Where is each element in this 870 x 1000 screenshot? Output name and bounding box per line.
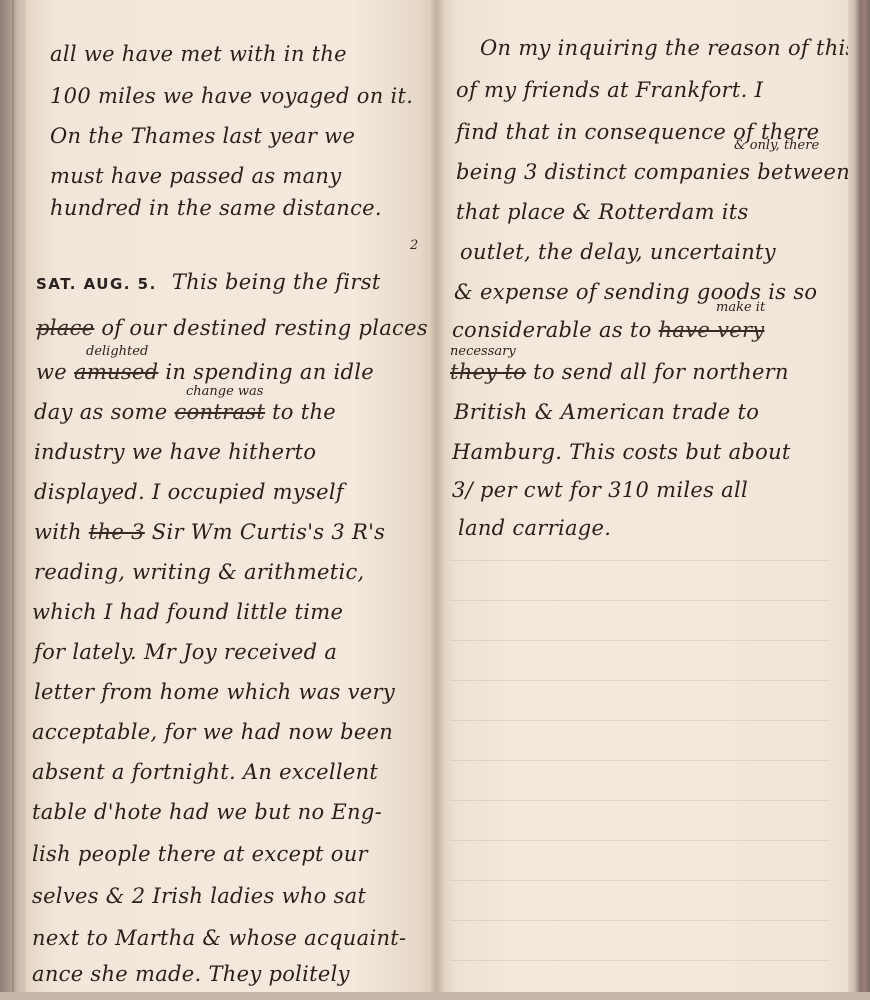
- text-line: day as some contrast to the: [34, 400, 336, 424]
- struck-word: place: [36, 316, 94, 340]
- text-line: acceptable, for we had now been: [32, 720, 393, 744]
- inserted-word: change was: [186, 384, 263, 399]
- text-line: reading, writing & arithmetic,: [34, 560, 365, 584]
- struck-word: amused: [74, 360, 158, 384]
- text-line: lish people there at except our: [32, 842, 368, 866]
- ruled-line: [450, 880, 830, 881]
- text-line: hundred in the same distance.: [50, 196, 382, 220]
- text-line: place of our destined resting places: [36, 316, 428, 340]
- text-line: that place & Rotterdam its: [456, 200, 749, 224]
- text-line: they to to send all for northern: [450, 360, 789, 384]
- ruled-line: [450, 760, 830, 761]
- entry-heading-line: SAT. AUG. 5. This being the first: [36, 270, 381, 294]
- ruled-line: [450, 800, 830, 801]
- text-line: we amused in spending an idle: [36, 360, 374, 384]
- text-line: letter from home which was very: [34, 680, 395, 704]
- inserted-word: delighted: [86, 344, 148, 359]
- text-fragment: we: [36, 360, 67, 384]
- text-line: outlet, the delay, uncertainty: [460, 240, 776, 264]
- ruled-line: [450, 920, 830, 921]
- journal-spread: all we have met with in the 100 miles we…: [0, 0, 870, 1000]
- inserted-word: necessary: [450, 344, 516, 359]
- text-line: table d'hote had we but no Eng-: [32, 800, 382, 824]
- text-line: British & American trade to: [454, 400, 759, 424]
- text-fragment: to send all for northern: [533, 360, 789, 384]
- text-line: ance she made. They politely: [32, 962, 350, 986]
- text-line: which I had found little time: [32, 600, 343, 624]
- page-mark: 2: [410, 238, 418, 253]
- text-fragment: to the: [272, 400, 336, 424]
- ruled-line: [450, 680, 830, 681]
- ruled-line: [450, 840, 830, 841]
- text-fragment: Sir Wm Curtis's 3 R's: [152, 520, 385, 544]
- text-line: 3/ per cwt for 310 miles all: [452, 478, 748, 502]
- text-line: absent a fortnight. An excellent: [32, 760, 378, 784]
- text-line: 100 miles we have voyaged on it.: [50, 84, 413, 108]
- text-fragment: considerable as to: [452, 318, 652, 342]
- text-line: On the Thames last year we: [50, 124, 355, 148]
- ruled-line: [450, 960, 830, 961]
- text-line: On my inquiring the reason of this: [480, 36, 857, 60]
- ruled-line: [450, 560, 830, 561]
- ruled-line: [450, 640, 830, 641]
- right-page: On my inquiring the reason of this of my…: [436, 0, 848, 1000]
- text-fragment: This being the first: [172, 270, 381, 294]
- book-left-edge: [0, 0, 26, 1000]
- book-right-edge: [848, 0, 870, 1000]
- text-line: considerable as to have very: [452, 318, 764, 342]
- text-line: must have passed as many: [50, 164, 341, 188]
- text-line: of my friends at Frankfort. I: [456, 78, 763, 102]
- struck-word: the 3: [89, 520, 145, 544]
- text-fragment: in spending an idle: [165, 360, 374, 384]
- struck-word: contrast: [175, 400, 266, 424]
- text-fragment: day as some: [34, 400, 168, 424]
- text-fragment: with: [34, 520, 82, 544]
- struck-word: they to: [450, 360, 526, 384]
- text-line: displayed. I occupied myself: [34, 480, 344, 504]
- struck-word: have very: [659, 318, 765, 342]
- text-line: next to Martha & whose acquaint-: [32, 926, 406, 950]
- entry-date: SAT. AUG. 5.: [36, 275, 157, 293]
- text-line: land carriage.: [458, 516, 611, 540]
- book-gutter: [430, 0, 444, 1000]
- text-line: being 3 distinct companies between: [456, 160, 850, 184]
- book-bottom-edge: [0, 992, 870, 1000]
- text-line: Hamburg. This costs but about: [452, 440, 791, 464]
- text-fragment: of our destined resting places: [101, 316, 428, 340]
- inserted-word: & only, there: [734, 138, 819, 153]
- text-line: selves & 2 Irish ladies who sat: [32, 884, 366, 908]
- text-line: all we have met with in the: [50, 42, 347, 66]
- text-line: industry we have hitherto: [34, 440, 316, 464]
- ruled-line: [450, 720, 830, 721]
- text-line: with the 3 Sir Wm Curtis's 3 R's: [34, 520, 385, 544]
- text-line: for lately. Mr Joy received a: [34, 640, 337, 664]
- ruled-line: [450, 600, 830, 601]
- inserted-word: make it: [716, 300, 765, 315]
- left-page: all we have met with in the 100 miles we…: [26, 0, 436, 1000]
